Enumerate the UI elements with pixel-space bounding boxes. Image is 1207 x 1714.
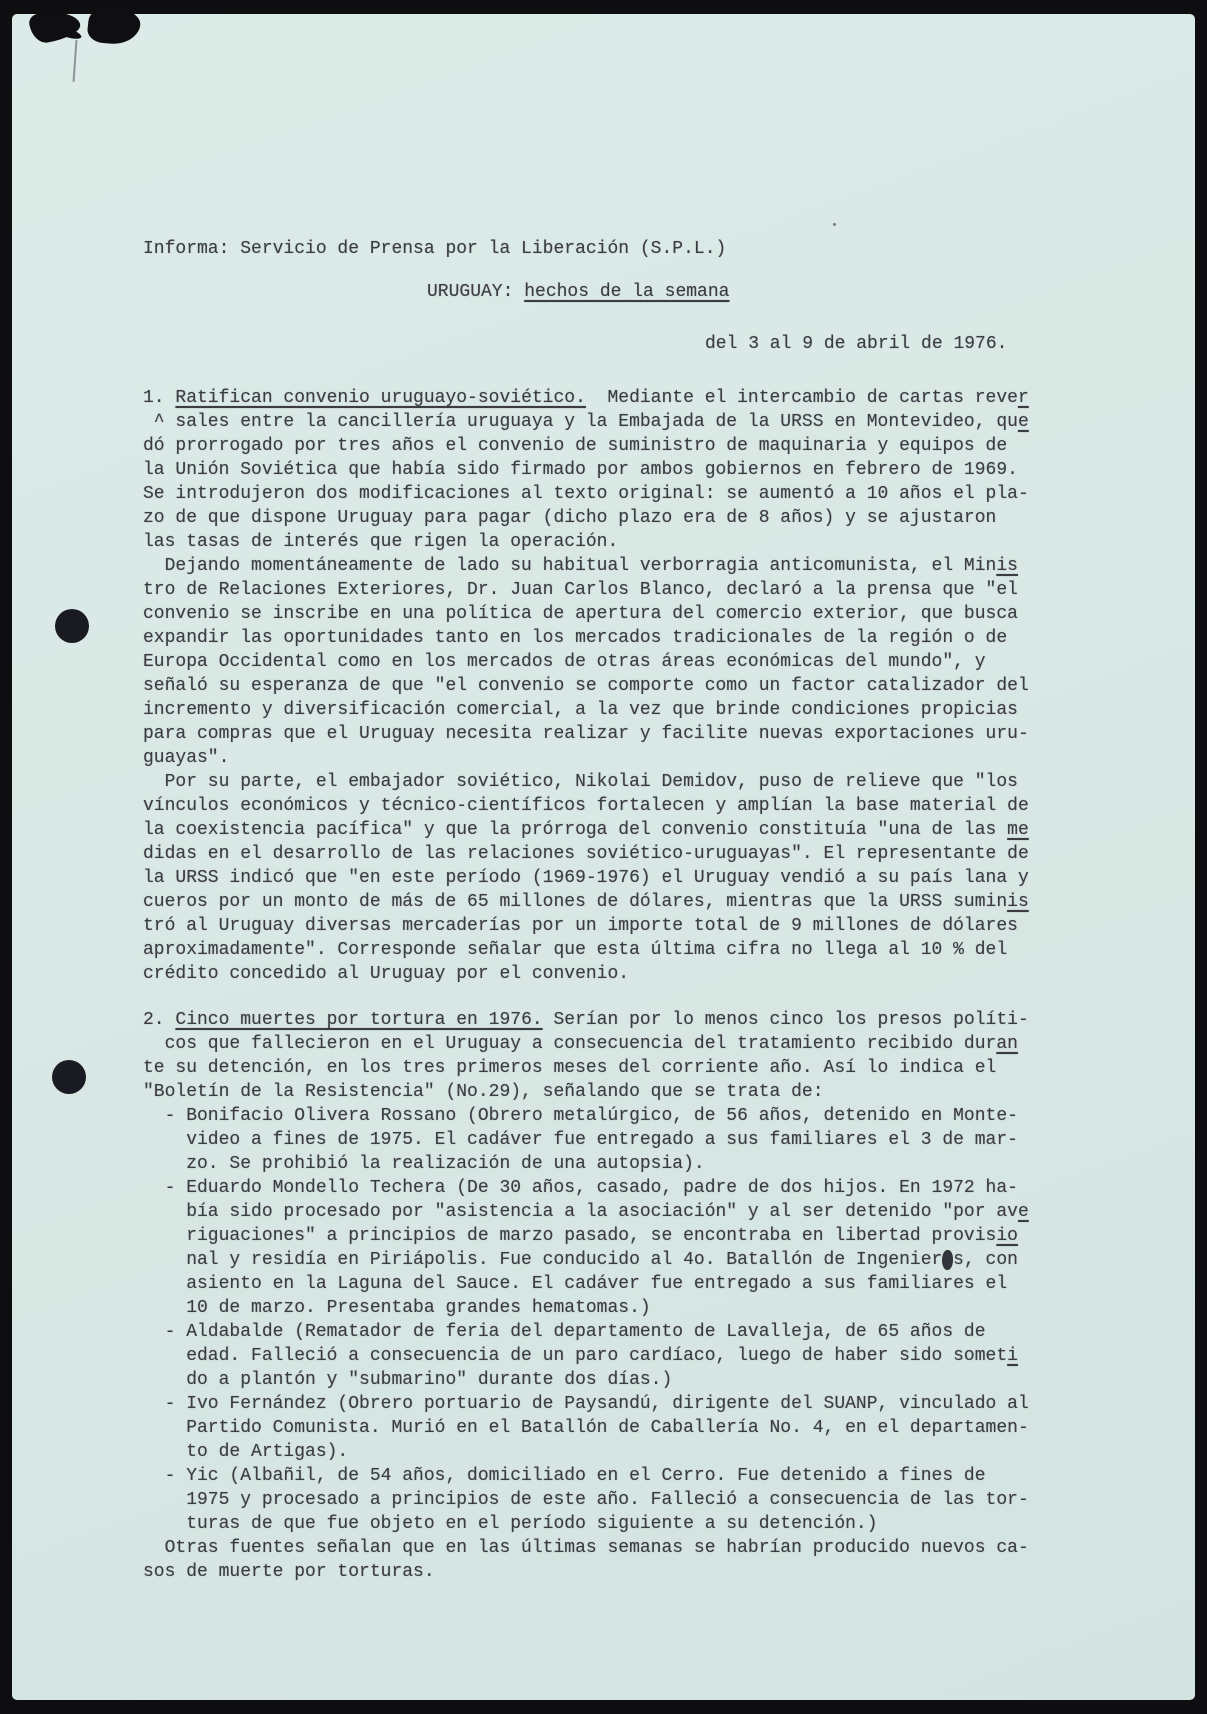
- document-body: 1. Ratifican convenio uruguayo-soviético…: [143, 386, 1029, 1584]
- page-title: URUGUAY: hechos de la semana: [427, 280, 729, 304]
- text-line: zo de que dispone Uruguay para pagar (di…: [143, 506, 1029, 530]
- title-underlined-part: hechos de la semana: [524, 282, 729, 302]
- text-line: zo. Se prohibió la realización de una au…: [143, 1152, 1029, 1176]
- text-line: nal y residía en Piriápolis. Fue conduci…: [143, 1248, 1029, 1272]
- text-line: edad. Falleció a consecuencia de un paro…: [143, 1344, 1029, 1368]
- text-line: Partido Comunista. Murió en el Batallón …: [143, 1416, 1029, 1440]
- text-line: la Unión Soviética que había sido firmad…: [143, 458, 1029, 482]
- title-prefix: URUGUAY:: [427, 282, 524, 302]
- text-line: Dejando momentáneamente de lado su habit…: [143, 554, 1029, 578]
- text-line: crédito concedido al Uruguay por el conv…: [143, 962, 1029, 986]
- text-line: video a fines de 1975. El cadáver fue en…: [143, 1128, 1029, 1152]
- text-line: incremento y diversificación comercial, …: [143, 698, 1029, 722]
- text-line: 10 de marzo. Presentaba grandes hematoma…: [143, 1296, 1029, 1320]
- text-line: - Yic (Albañil, de 54 años, domiciliado …: [143, 1464, 1029, 1488]
- text-line: señaló su esperanza de que "el convenio …: [143, 674, 1029, 698]
- text-line: - Eduardo Mondello Techera (De 30 años, …: [143, 1176, 1029, 1200]
- source-line: Informa: Servicio de Prensa por la Liber…: [143, 237, 726, 261]
- paper-crack: [73, 40, 78, 82]
- text-line: - Ivo Fernández (Obrero portuario de Pay…: [143, 1392, 1029, 1416]
- text-line: - Bonifacio Olivera Rossano (Obrero meta…: [143, 1104, 1029, 1128]
- date-line: del 3 al 9 de abril de 1976.: [705, 332, 1007, 356]
- text-line: tró al Uruguay diversas mercaderías por …: [143, 914, 1029, 938]
- text-line: ^ sales entre la cancillería uruguaya y …: [143, 410, 1029, 434]
- punch-hole-top: [55, 609, 89, 643]
- text-line: 2. Cinco muertes por tortura en 1976. Se…: [143, 1008, 1029, 1032]
- text-line: para compras que el Uruguay necesita rea…: [143, 722, 1029, 746]
- text-line: las tasas de interés que rigen la operac…: [143, 530, 1029, 554]
- text-line: dó prorrogado por tres años el convenio …: [143, 434, 1029, 458]
- text-line: do a plantón y "submarino" durante dos d…: [143, 1368, 1029, 1392]
- text-line: la coexistencia pacífica" y que la prórr…: [143, 818, 1029, 842]
- section-1: 1. Ratifican convenio uruguayo-soviético…: [143, 386, 1029, 986]
- text-line: la URSS indicó que "en este período (196…: [143, 866, 1029, 890]
- text-line: - Aldabalde (Rematador de feria del depa…: [143, 1320, 1029, 1344]
- text-line: cueros por un monto de más de 65 millone…: [143, 890, 1029, 914]
- text-line: Por su parte, el embajador soviético, Ni…: [143, 770, 1029, 794]
- text-line: sos de muerte por torturas.: [143, 1560, 1029, 1584]
- text-line: convenio se inscribe en una política de …: [143, 602, 1029, 626]
- punch-hole-bottom: [52, 1060, 86, 1094]
- text-line: Se introdujeron dos modificaciones al te…: [143, 482, 1029, 506]
- text-line: expandir las oportunidades tanto en los …: [143, 626, 1029, 650]
- text-line: to de Artigas).: [143, 1440, 1029, 1464]
- text-line: asiento en la Laguna del Sauce. El cadáv…: [143, 1272, 1029, 1296]
- text-line: Otras fuentes señalan que en las últimas…: [143, 1536, 1029, 1560]
- text-line: tro de Relaciones Exteriores, Dr. Juan C…: [143, 578, 1029, 602]
- section-2: 2. Cinco muertes por tortura en 1976. Se…: [143, 1008, 1029, 1584]
- text-line: 1. Ratifican convenio uruguayo-soviético…: [143, 386, 1029, 410]
- text-line: cos que fallecieron en el Uruguay a cons…: [143, 1032, 1029, 1056]
- paper-speck: [833, 223, 836, 226]
- text-line: guayas".: [143, 746, 1029, 770]
- text-line: vínculos económicos y técnico-científico…: [143, 794, 1029, 818]
- text-line: didas en el desarrollo de las relaciones…: [143, 842, 1029, 866]
- text-line: 1975 y procesado a principios de este añ…: [143, 1488, 1029, 1512]
- text-line: te su detención, en los tres primeros me…: [143, 1056, 1029, 1080]
- text-line: aproximadamente". Corresponde señalar qu…: [143, 938, 1029, 962]
- text-line: Europa Occidental como en los mercados d…: [143, 650, 1029, 674]
- text-line: turas de que fue objeto en el período si…: [143, 1512, 1029, 1536]
- text-line: riguaciones" a principios de marzo pasad…: [143, 1224, 1029, 1248]
- document-page: Informa: Servicio de Prensa por la Liber…: [12, 14, 1195, 1700]
- ink-smudge-2: [86, 5, 141, 46]
- text-line: bía sido procesado por "asistencia a la …: [143, 1200, 1029, 1224]
- scan-frame: { "scan": { "paper_color": "#d8e7e3", "i…: [0, 0, 1207, 1714]
- text-line: "Boletín de la Resistencia" (No.29), señ…: [143, 1080, 1029, 1104]
